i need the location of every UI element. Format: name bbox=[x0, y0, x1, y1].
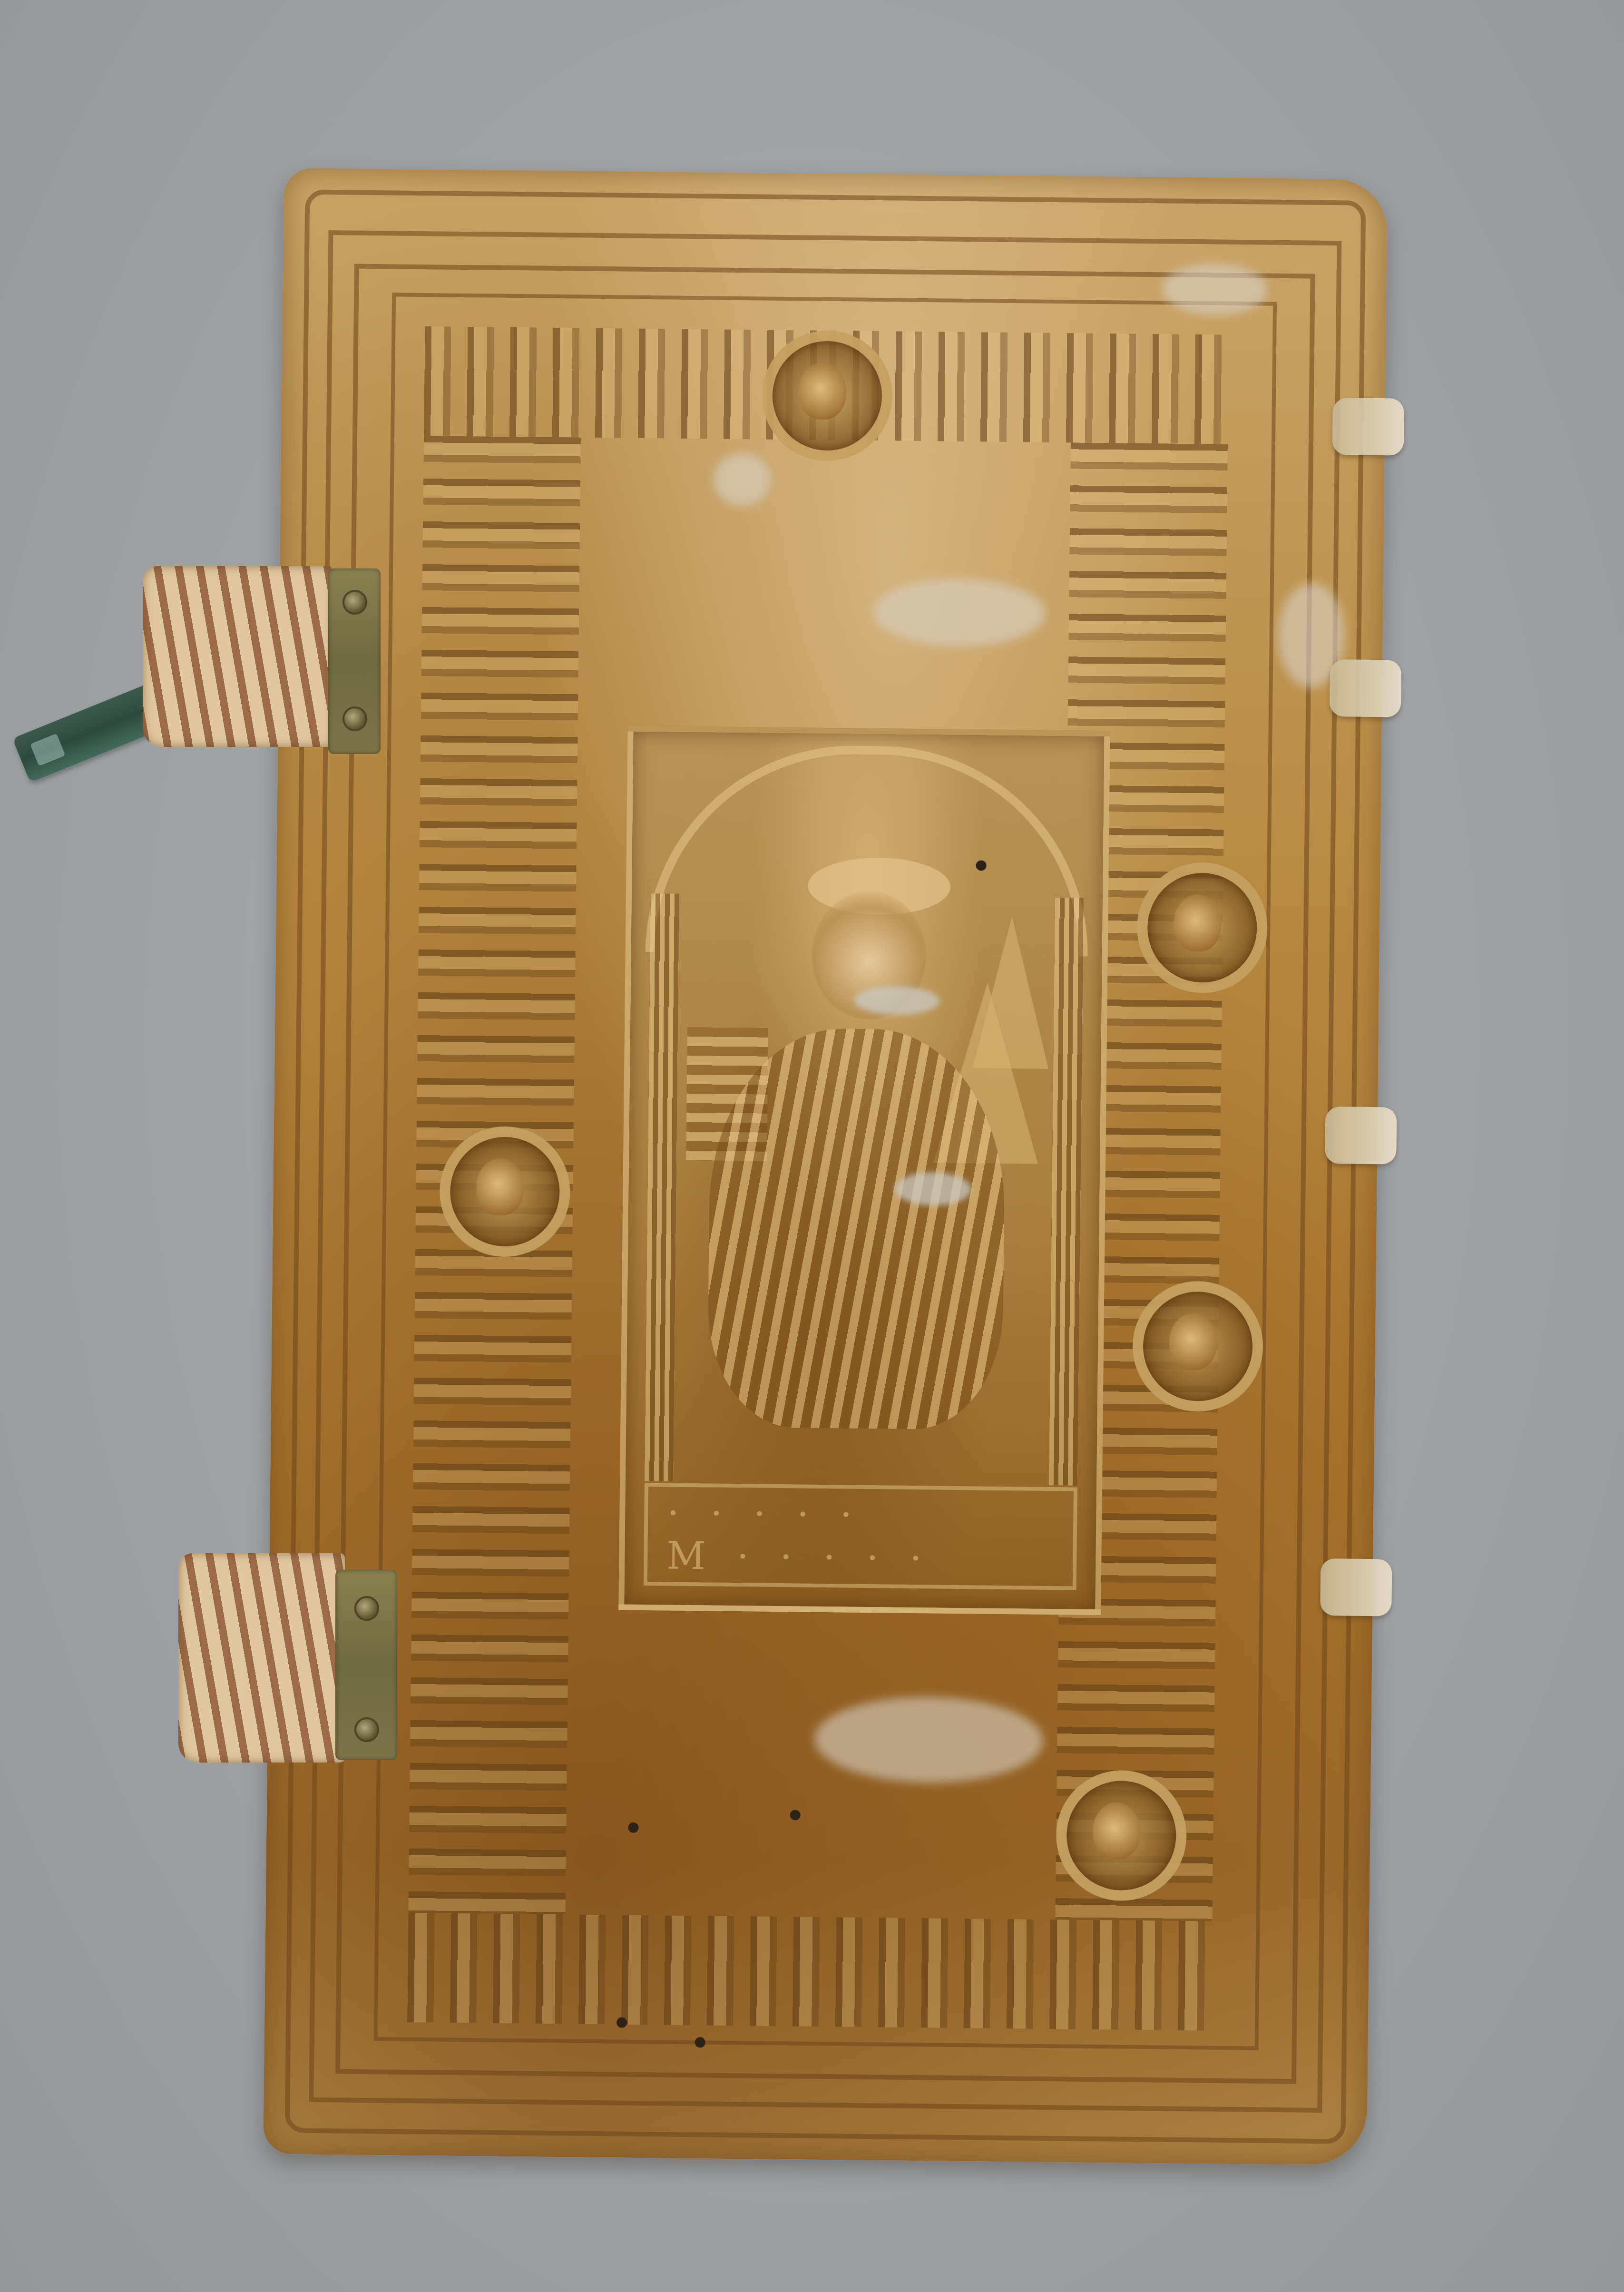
wormhole bbox=[695, 2037, 705, 2047]
rivet-icon bbox=[354, 1717, 379, 1742]
rivet-icon bbox=[342, 590, 367, 615]
wormhole bbox=[976, 860, 987, 871]
wormhole bbox=[616, 2018, 627, 2028]
portrait-roundel-icon bbox=[1136, 862, 1268, 994]
spine-band bbox=[1320, 1558, 1392, 1616]
panel-inscription: · · · · · M · · · · · bbox=[644, 1483, 1077, 1590]
figure-robe bbox=[707, 1027, 1006, 1430]
rivet-icon bbox=[354, 1596, 379, 1621]
brass-plate bbox=[335, 1570, 397, 1760]
wormhole bbox=[628, 1822, 638, 1833]
clasp-strap bbox=[143, 566, 333, 747]
spine-band bbox=[1325, 1107, 1397, 1165]
rivet-icon bbox=[342, 706, 367, 731]
panel-column-left bbox=[645, 893, 679, 1481]
scuff-mark bbox=[714, 453, 771, 506]
central-panel-stamp: · · · · · M · · · · · bbox=[618, 726, 1110, 1616]
book-cover: · · · · · M · · · · · bbox=[263, 168, 1388, 2165]
clasp-strap bbox=[178, 1553, 345, 1763]
spine-band bbox=[1332, 398, 1404, 456]
spine-band bbox=[1330, 659, 1401, 717]
panel-column-right bbox=[1049, 898, 1084, 1486]
inscription-line-2: M · · · · · bbox=[666, 1535, 1073, 1582]
portrait-roundel-icon bbox=[1132, 1281, 1264, 1412]
wormhole bbox=[790, 1810, 801, 1820]
inscription-line-1: · · · · · bbox=[667, 1492, 1074, 1539]
brass-plate bbox=[328, 568, 381, 754]
